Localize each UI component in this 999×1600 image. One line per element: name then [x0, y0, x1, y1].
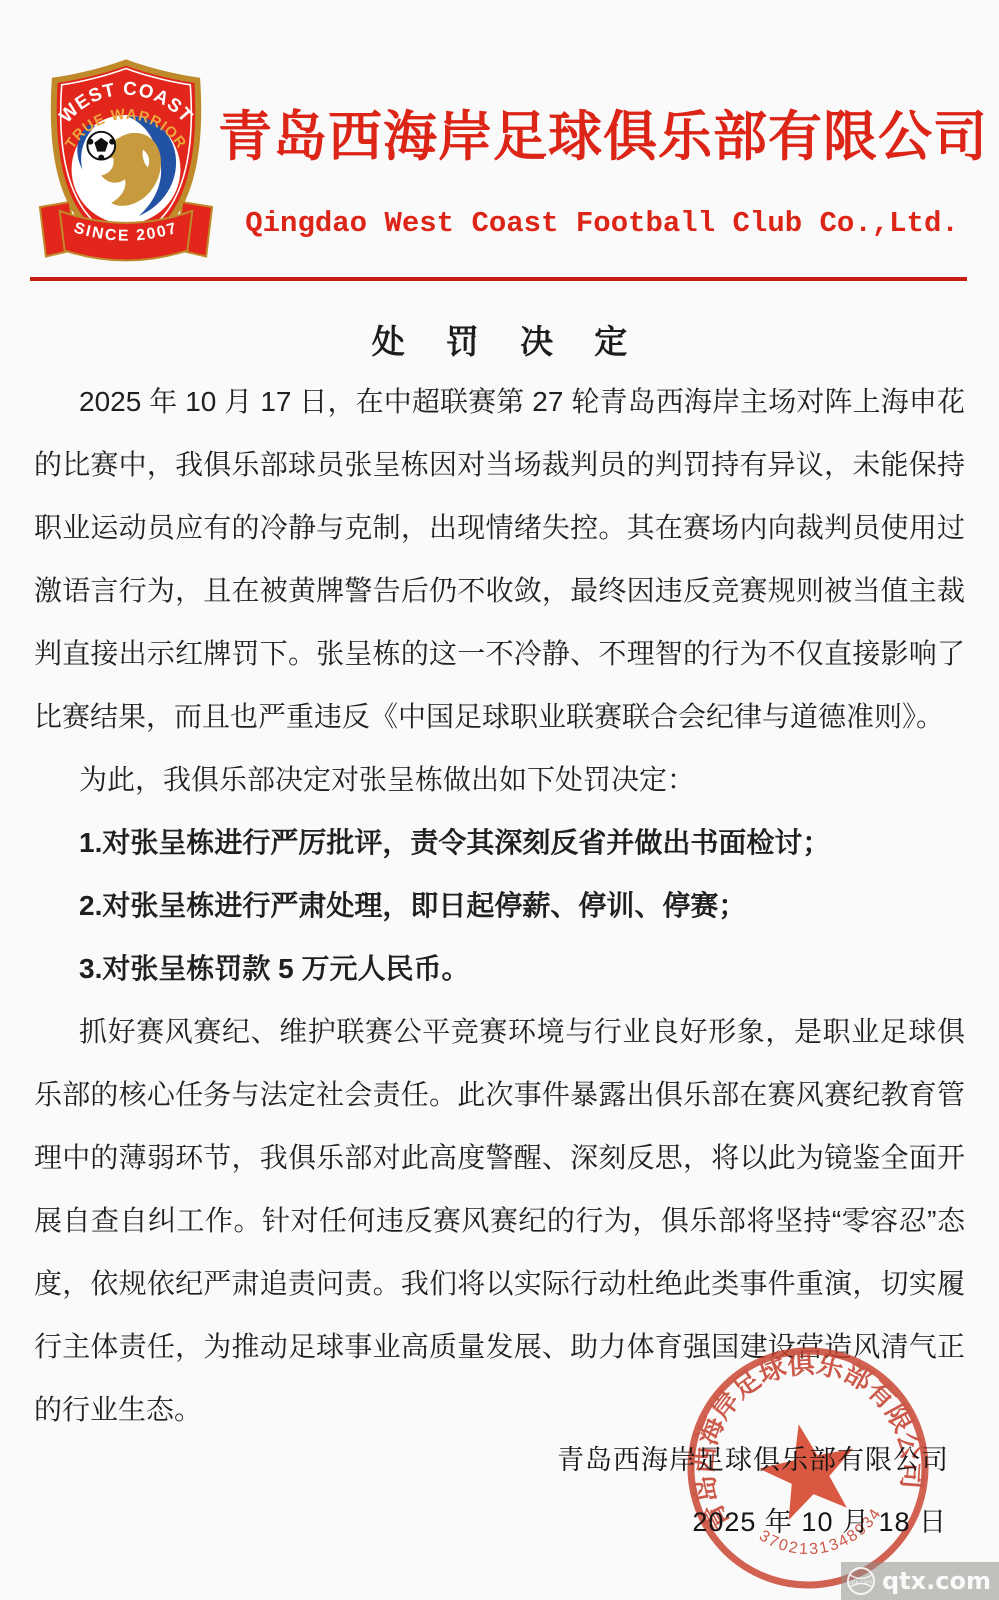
document-body: 2025 年 10 月 17 日，在中超联赛第 27 轮青岛西海岸主场对阵上海申… — [34, 370, 965, 1441]
signature-date: 2025 年 10 月 18 日 — [692, 1500, 947, 1539]
header-divider-line — [30, 277, 967, 281]
punishment-decision-document: WEST COAST TRUE WARRIOR SINCE 2007 青岛西海岸… — [0, 0, 999, 1600]
punishment-item-2: 2.对张呈栋进行严肃处理，即日起停薪、停训、停赛； — [34, 874, 965, 937]
paragraph-decision-intro: 为此，我俱乐部决定对张呈栋做出如下处罚决定： — [34, 748, 965, 811]
club-name-chinese: 青岛西海岸足球俱乐部有限公司 — [215, 94, 991, 171]
document-title: 处 罚 决 定 — [0, 316, 999, 363]
club-name-english: Qingdao West Coast Football Club Co.,Ltd… — [215, 207, 989, 240]
punishment-item-3: 3.对张呈栋罚款 5 万元人民币。 — [34, 937, 965, 1000]
watermark-text: qtx.com — [882, 1567, 991, 1595]
signature-company-name: 青岛西海岸足球俱乐部有限公司 — [557, 1438, 949, 1477]
club-crest-icon: WEST COAST TRUE WARRIOR SINCE 2007 — [32, 52, 220, 270]
watermark-ball-icon: qtx.com — [846, 1566, 876, 1596]
svg-text:qtx.com: qtx.com — [850, 1580, 872, 1586]
punishment-item-1: 1.对张呈栋进行严厉批评，责令其深刻反省并做出书面检讨； — [34, 811, 965, 874]
site-watermark: qtx.com qtx.com — [841, 1562, 999, 1600]
paragraph-incident: 2025 年 10 月 17 日，在中超联赛第 27 轮青岛西海岸主场对阵上海申… — [34, 370, 965, 748]
soccer-ball-icon — [87, 132, 115, 161]
